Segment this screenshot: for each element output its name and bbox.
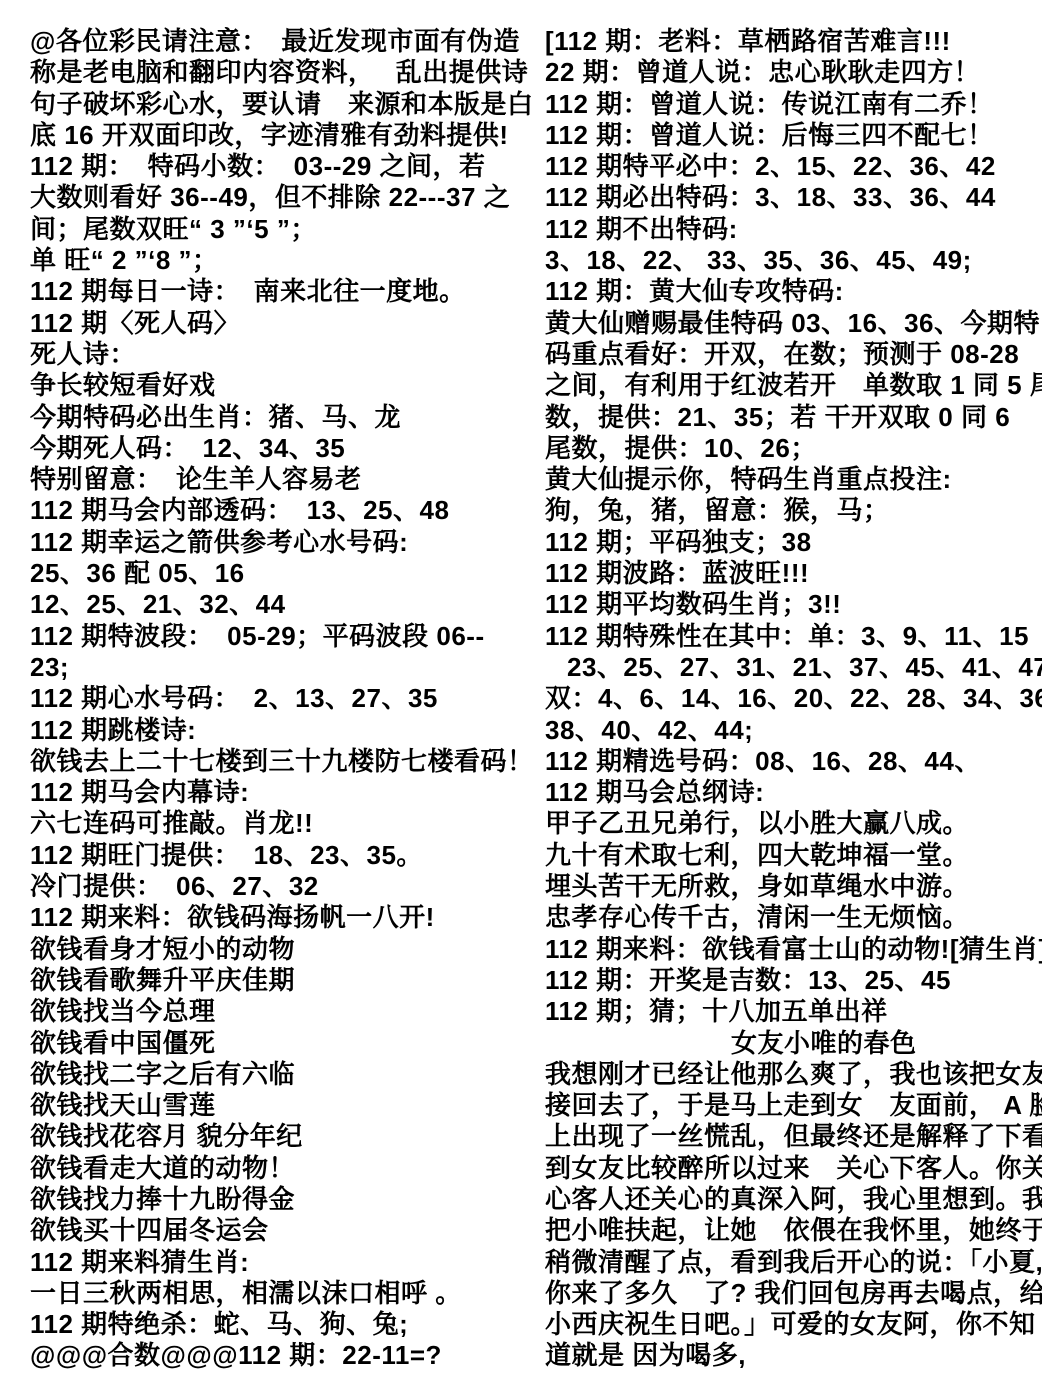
text-line: 死人诗： [30, 339, 538, 370]
text-line: 112 期来料：欲钱码海扬帆一八开! [30, 902, 538, 933]
text-line: 欲钱看中国僵死 [30, 1028, 538, 1059]
text-line: 112 期：曾道人说：传说江南有二乔！ [545, 89, 1039, 120]
text-line: 112 期旺门提供： 18、23、35。 [30, 840, 538, 871]
text-line: 112 期：曾道人说：后悔三四不配七！ [545, 120, 1039, 151]
text-line: 码重点看好：开双，在数；预测于 08-28 [545, 339, 1039, 370]
text-line: 双：4、6、14、16、20、22、28、34、36 [545, 683, 1039, 714]
text-line: 112 期马会内幕诗: [30, 777, 538, 808]
text-line: 欲钱找花容月 貌分年纪 [30, 1121, 538, 1152]
text-line: 我想刚才已经让他那么爽了，我也该把女友 [545, 1059, 1039, 1090]
text-line: 112 期马会内部透码： 13、25、48 [30, 495, 538, 526]
text-line: 112 期〈死人码〉 [30, 308, 538, 339]
text-line: 112 期精选号码：08、16、28、44、 [545, 746, 1039, 777]
text-line: 欲钱找力捧十九盼得金 [30, 1184, 538, 1215]
text-line: 22 期：曾道人说：忠心耿耿走四方！ [545, 57, 1039, 88]
text-line: 112 期马会总纲诗: [545, 777, 1039, 808]
text-line: 争长较短看好戏 [30, 370, 538, 401]
text-line: 甲子乙丑兄弟行，以小胜大赢八成。 [545, 808, 1039, 839]
text-line: 道就是 因为喝多, [545, 1340, 1039, 1371]
text-line: 112 期：黄大仙专攻特码: [545, 276, 1039, 307]
text-line: 112 期来料：欲钱看富士山的动物![猜生肖] [545, 934, 1039, 965]
text-line: 稍微清醒了点，看到我后开心的说：「小夏, [545, 1247, 1039, 1278]
text-line: 数，提供：21、35；若 干开双取 0 同 6 [545, 402, 1039, 433]
text-line: 黄大仙赠赐最佳特码 03、16、36、今期特 [545, 308, 1039, 339]
text-line: 你来了多久 了? 我们回包房再去喝点，给 [545, 1278, 1039, 1309]
text-line: 112 期波路：蓝波旺!!! [545, 558, 1039, 589]
text-line: 到女友比较醉所以过来 关心下客人。你关 [545, 1153, 1039, 1184]
text-line: [112 期：老料：草栖路宿苦难言!!! [545, 26, 1039, 57]
text-line: 112 期跳楼诗: [30, 715, 538, 746]
text-line: 称是老电脑和翻印内容资料， 乱出提供诗 [30, 57, 538, 88]
text-line: 接回去了，于是马上走到女 友面前， A 脸 [545, 1090, 1039, 1121]
text-line: 112 期：开奖是吉数：13、25、45 [545, 965, 1039, 996]
text-line: 112 期来料猜生肖: [30, 1247, 538, 1278]
text-line: 3、18、22、 33、35、36、45、49; [545, 245, 1039, 276]
text-line: 心客人还关心的真深入阿，我心里想到。我 [545, 1184, 1039, 1215]
text-line: 25、36 配 05、16 [30, 558, 538, 589]
text-line: 今期特码必出生肖：猪、马、龙 [30, 402, 538, 433]
text-line: 112 期幸运之箭供参考心水号码: [30, 527, 538, 558]
text-line: 112 期；猜；十八加五单出祥 [545, 996, 1039, 1027]
text-line: 大数则看好 36--49，但不排除 22---37 之 [30, 182, 538, 213]
text-line: 112 期特绝杀：蛇、马、狗、兔; [30, 1309, 538, 1340]
text-line: 欲钱找二字之后有六临 [30, 1059, 538, 1090]
text-line: 112 期特波段： 05-29；平码波段 06-- [30, 621, 538, 652]
text-line: 埋头苦干无所救，身如草绳水中游。 [545, 871, 1039, 902]
text-line: 112 期： 特码小数： 03--29 之间，若 [30, 151, 538, 182]
text-line: 冷门提供： 06、27、32 [30, 871, 538, 902]
text-line: 112 期必出特码：3、18、33、36、44 [545, 182, 1039, 213]
text-line: 欲钱买十四届冬运会 [30, 1215, 538, 1246]
text-line: 23、25、27、31、21、37、45、41、47; [545, 652, 1039, 683]
text-line: 12、25、21、32、44 [30, 589, 538, 620]
text-line: 112 期每日一诗： 南来北往一度地。 [30, 276, 538, 307]
text-line: 句子破坏彩心水，要认请 来源和本版是白 [30, 89, 538, 120]
text-line: 欲钱看身才短小的动物 [30, 934, 538, 965]
left-column: @各位彩民请注意： 最近发现市面有伪造称是老电脑和翻印内容资料， 乱出提供诗句子… [30, 26, 538, 1372]
text-line: 一日三秋两相思，相濡以沫口相呼 。 [30, 1278, 538, 1309]
text-line: 23; [30, 652, 538, 683]
text-line: 112 期平均数码生肖；3!! [545, 589, 1039, 620]
text-line: 尾数，提供：10、26； [545, 433, 1039, 464]
text-line: 112 期特平必中：2、15、22、36、42 [545, 151, 1039, 182]
text-line: 特别留意： 论生羊人容易老 [30, 464, 538, 495]
text-line: 112 期不出特码: [545, 214, 1039, 245]
text-line: 之间，有利用于红波若开 单数取 1 同 5 尾 [545, 370, 1039, 401]
text-line: 112 期特殊性在其中：单：3、9、11、15 [545, 621, 1039, 652]
text-line: 38、40、42、44; [545, 715, 1039, 746]
text-line: 底 16 开双面印改，字迹清雅有劲料提供! [30, 120, 538, 151]
text-line: 欲钱找天山雪莲 [30, 1090, 538, 1121]
text-line: 狗，兔，猪，留意：猴，马； [545, 495, 1039, 526]
text-line: @@@合数@@@112 期：22-11=? [30, 1340, 538, 1371]
text-line: @各位彩民请注意： 最近发现市面有伪造 [30, 26, 538, 57]
document-page: @各位彩民请注意： 最近发现市面有伪造称是老电脑和翻印内容资料， 乱出提供诗句子… [0, 0, 1042, 1388]
text-line: 上出现了一丝慌乱，但最终还是解释了下看 [545, 1121, 1039, 1152]
text-line: 欲钱找当今总理 [30, 996, 538, 1027]
text-line: 112 期心水号码： 2、13、27、35 [30, 683, 538, 714]
text-line: 112 期；平码独支；38 [545, 527, 1039, 558]
right-column: [112 期：老料：草栖路宿苦难言!!!22 期：曾道人说：忠心耿耿走四方！11… [545, 26, 1039, 1372]
text-line: 六七连码可推敲。肖龙!! [30, 808, 538, 839]
text-line: 九十有术取七利，四大乾坤福一堂。 [545, 840, 1039, 871]
text-line: 小西庆祝生日吧。」可爱的女友阿，你不知 [545, 1309, 1039, 1340]
text-line: 间；尾数双旺“ 3 ”‘5 ”； [30, 214, 538, 245]
text-line: 把小唯扶起，让她 依偎在我怀里，她终于 [545, 1215, 1039, 1246]
text-line: 欲钱看走大道的动物！ [30, 1153, 538, 1184]
text-line: 忠孝存心传千古，清闲一生无烦恼。 [545, 902, 1039, 933]
text-line: 欲钱去上二十七楼到三十九楼防七楼看码！ [30, 746, 538, 777]
text-line: 黄大仙提示你，特码生肖重点投注: [545, 464, 1039, 495]
text-line: 女友小唯的春色 [545, 1028, 1039, 1059]
text-line: 单 旺“ 2 ”‘8 ”； [30, 245, 538, 276]
text-line: 欲钱看歌舞升平庆佳期 [30, 965, 538, 996]
text-line: 今期死人码： 12、34、35 [30, 433, 538, 464]
